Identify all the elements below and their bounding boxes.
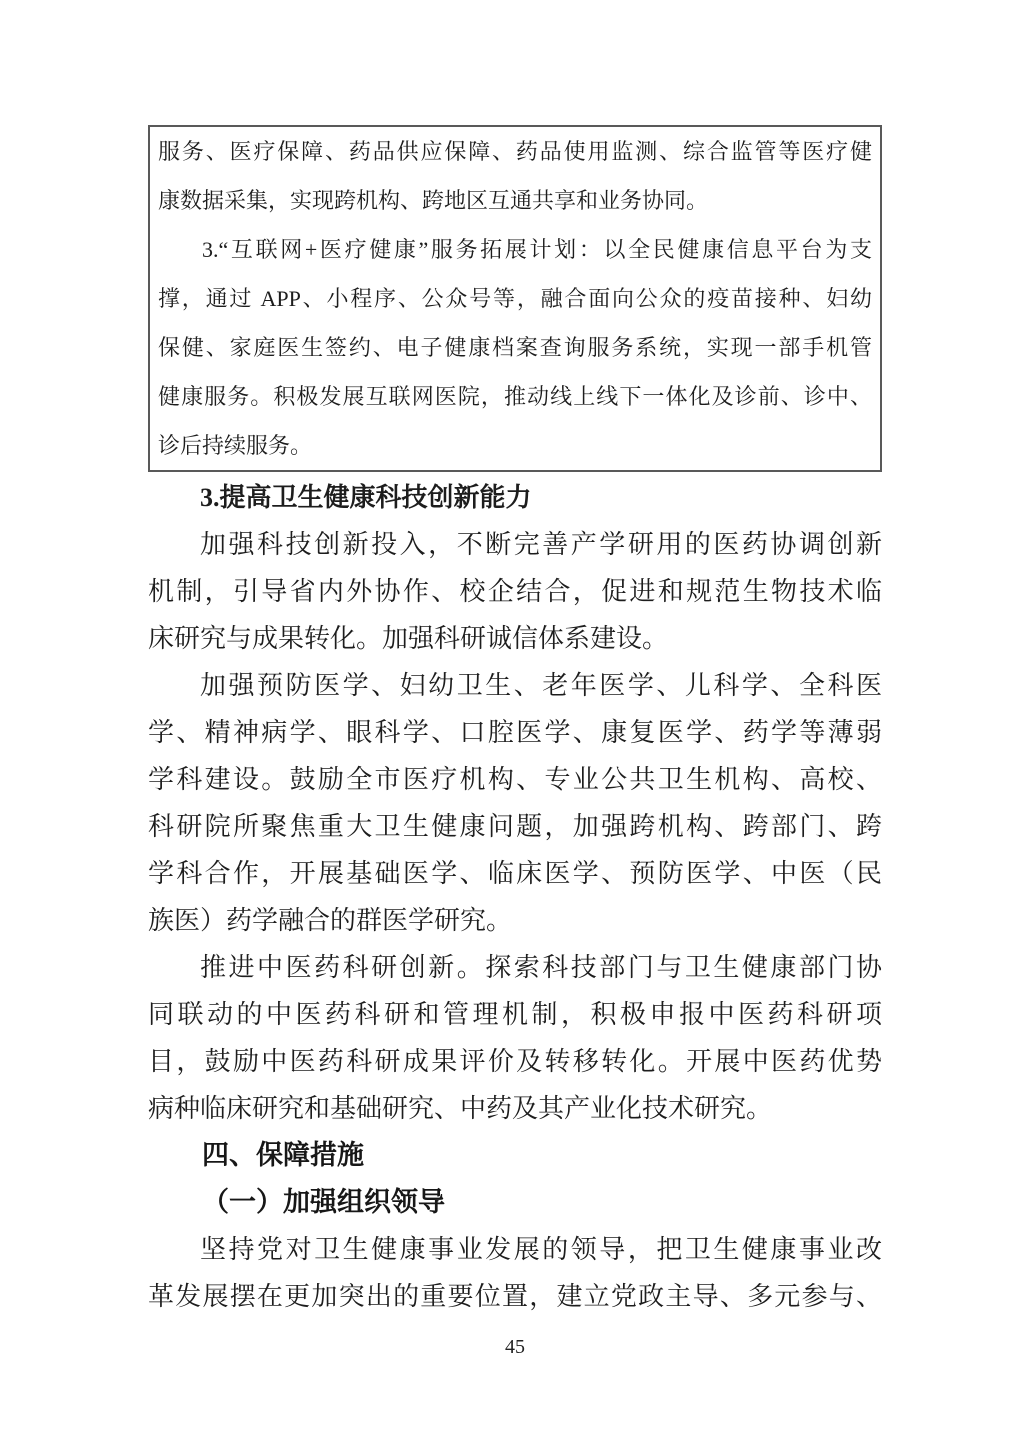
body-text-line: 族医）药学融合的群医学研究。 <box>148 897 882 944</box>
body-text-line: 床研究与成果转化。加强科研诚信体系建设。 <box>148 615 882 662</box>
body-text-line: 同联动的中医药科研和管理机制，积极申报中医药科研项 <box>148 991 882 1038</box>
document-content: 服务、医疗保障、药品供应保障、药品使用监测、综合监管等医疗健 康数据采集，实现跨… <box>148 125 882 1361</box>
body-text-line: 加强科技创新投入，不断完善产学研用的医药协调创新 <box>148 521 882 568</box>
body-text-line: 学科建设。鼓励全市医疗机构、专业公共卫生机构、高校、 <box>148 756 882 803</box>
body-text-line: 坚持党对卫生健康事业发展的领导，把卫生健康事业改 <box>148 1226 882 1273</box>
box-text-line: 撑，通过 APP、小程序、公众号等，融合面向公众的疫苗接种、妇幼 <box>158 274 872 323</box>
section-heading-science: 3.提高卫生健康科技创新能力 <box>148 474 882 521</box>
box-text-line: 诊后持续服务。 <box>158 421 872 470</box>
body-text-line: 科研院所聚焦重大卫生健康问题，加强跨机构、跨部门、跨 <box>148 803 882 850</box>
box-text-line: 健康服务。积极发展互联网医院，推动线上线下一体化及诊前、诊中、 <box>158 372 872 421</box>
body-text-line: 加强预防医学、妇幼卫生、老年医学、儿科学、全科医 <box>148 662 882 709</box>
callout-box: 服务、医疗保障、药品供应保障、药品使用监测、综合监管等医疗健 康数据采集，实现跨… <box>148 125 882 472</box>
box-text-line: 保健、家庭医生签约、电子健康档案查询服务系统，实现一部手机管 <box>158 323 872 372</box>
subsection-heading-organization: （一）加强组织领导 <box>148 1179 882 1226</box>
body-text-line: 机制，引导省内外协作、校企结合，促进和规范生物技术临 <box>148 568 882 615</box>
body-text-line: 学、精神病学、眼科学、口腔医学、康复医学、药学等薄弱 <box>148 709 882 756</box>
body-text-line: 病种临床研究和基础研究、中药及其产业化技术研究。 <box>148 1085 882 1132</box>
page-number: 45 <box>148 1333 882 1361</box>
document-page: { "document": { "callout_box": { "lines"… <box>0 0 1024 1448</box>
box-text-line: 3.“互联网+医疗健康”服务拓展计划：以全民健康信息平台为支 <box>158 225 872 274</box>
body-text-line: 革发展摆在更加突出的重要位置，建立党政主导、多元参与、 <box>148 1273 882 1320</box>
box-text-line: 服务、医疗保障、药品供应保障、药品使用监测、综合监管等医疗健 <box>158 127 872 176</box>
body-text-line: 学科合作，开展基础医学、临床医学、预防医学、中医（民 <box>148 850 882 897</box>
body-text-line: 目，鼓励中医药科研成果评价及转移转化。开展中医药优势 <box>148 1038 882 1085</box>
box-text-line: 康数据采集，实现跨机构、跨地区互通共享和业务协同。 <box>158 176 872 225</box>
chapter-heading-safeguards: 四、保障措施 <box>148 1132 882 1179</box>
body-text-line: 推进中医药科研创新。探索科技部门与卫生健康部门协 <box>148 944 882 991</box>
